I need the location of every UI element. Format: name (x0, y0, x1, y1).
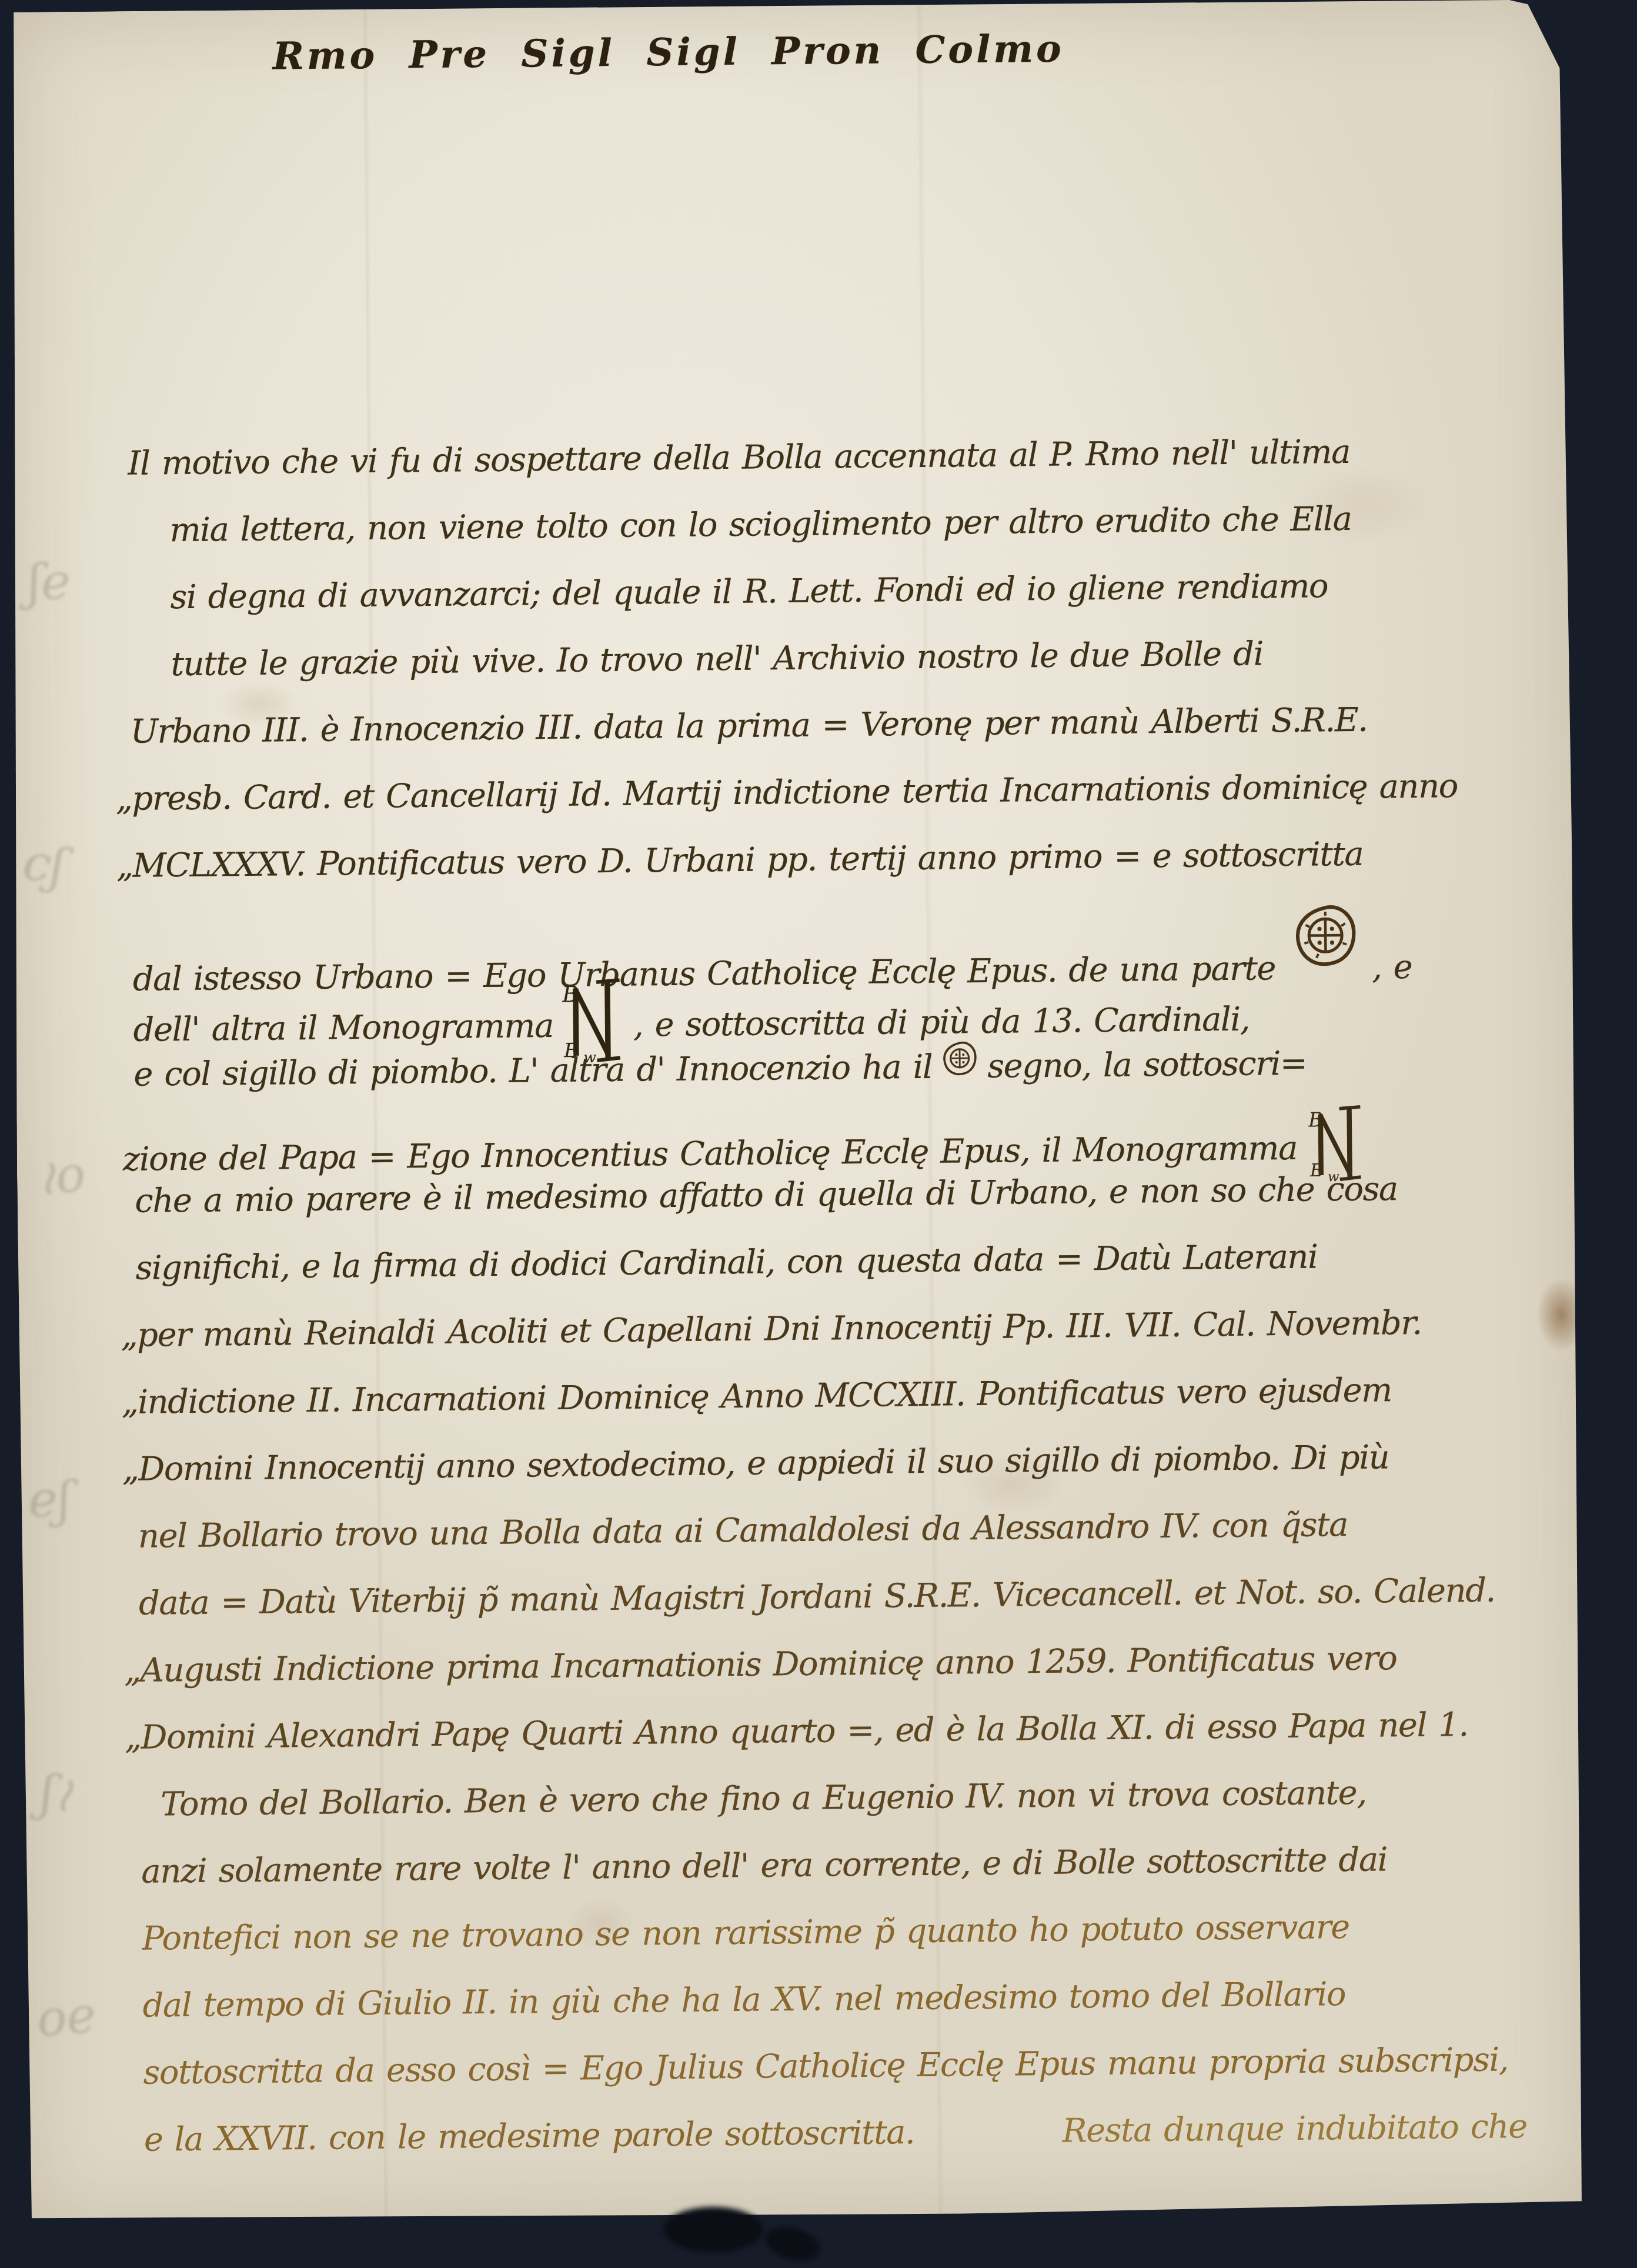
letter-body: Il motivo che vi fu di sospettare della … (10, 431, 1586, 2189)
photo-shadow-blob (663, 2207, 763, 2253)
bleedthrough-mark: ≀o (34, 1145, 89, 1208)
line-text: dell' altra il Monogramma (133, 1007, 553, 1049)
manuscript-page: Rmo Pre Sigl Sigl Pron Colmo ʃe cʃ ≀o eʃ… (6, 0, 1586, 2225)
line-text: zione del Papa = Ego Innocentius Catholi… (122, 1129, 1297, 1179)
manuscript-line: e la XXVII. con le medesime parole sotto… (143, 2107, 1562, 2188)
bleedthrough-mark: eʃ (28, 1470, 71, 1529)
papal-rota-seal-icon (940, 1040, 980, 1077)
papal-rota-seal-icon (1290, 902, 1361, 969)
line-text: segno, la sottoscri= (987, 1045, 1307, 1086)
svg-text:B: B (562, 981, 577, 1007)
bleedthrough-mark: ʃe (28, 553, 71, 611)
bleedthrough-mark: oe (35, 1986, 98, 2048)
salutation: Rmo Pre Sigl Sigl Pron Colmo (0, 23, 1448, 82)
bleedthrough-mark: ʃ≀ (38, 1763, 75, 1823)
line-text: e la XXVII. con le medesime parole sotto… (143, 2113, 915, 2188)
line-text: e col sigillo di piombo. L' altra d' Inn… (133, 1048, 933, 1094)
photo-shadow-blob (761, 2221, 824, 2266)
line-text: Il motivo che vi fu di sospettare della … (128, 433, 1350, 483)
line-text: Resta dunque indubitato che (1062, 2107, 1527, 2179)
manuscript-line: dal istesso Urbano = Ego Urbanus Catholi… (132, 900, 1551, 981)
photo-of-manuscript: { "photo": { "background_color": "#161d2… (0, 0, 1637, 2268)
line-text: , e (1372, 948, 1412, 987)
bleedthrough-mark: cʃ (20, 833, 68, 895)
svg-text:B: B (1308, 1108, 1322, 1131)
